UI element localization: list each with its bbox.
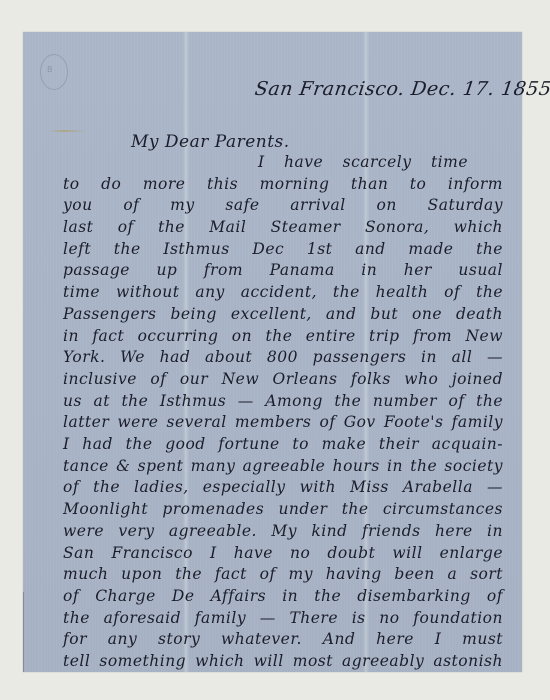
letter-line: much upon the fact of my having been a s…: [63, 565, 503, 583]
letter-line: time without any accident, the health of…: [63, 283, 503, 301]
ink-smudge: [48, 130, 88, 132]
letter-line: in fact occurring on the entire trip fro…: [63, 327, 503, 345]
letter-line: you of my safe arrival on Saturday: [63, 196, 503, 214]
letter-line: of Charge De Affairs in the disembarking…: [63, 587, 503, 605]
letter-page: B San Francisco. Dec. 17. 1855 My Dear P…: [23, 32, 522, 672]
letter-line: left the Isthmus Dec 1st and made the: [63, 240, 503, 258]
letter-line: Passengers being excellent, and but one …: [63, 305, 503, 323]
letter-line: tell something which will most agreeably…: [63, 652, 503, 670]
embossed-stamp: B: [40, 54, 68, 90]
salutation: My Dear Parents.: [131, 132, 290, 152]
stamp-mark: B: [47, 65, 53, 74]
letter-line: I have scarcely time: [258, 153, 468, 171]
letter-line: York. We had about 800 passengers in all…: [63, 348, 503, 366]
letter-line: San Francisco I have no doubt will enlar…: [63, 544, 503, 562]
dateline: San Francisco. Dec. 17. 1855: [253, 78, 550, 100]
letter-line: the aforesaid family — There is no found…: [63, 609, 503, 627]
letter-line: inclusive of our New Orleans folks who j…: [63, 370, 503, 388]
margin-mark: [23, 592, 24, 672]
letter-line: passage up from Panama in her usual: [63, 261, 503, 279]
letter-line: last of the Mail Steamer Sonora, which: [63, 218, 503, 236]
letter-line: of the ladies, especially with Miss Arab…: [63, 478, 503, 496]
letter-line: tance & spent many agreeable hours in th…: [63, 457, 503, 475]
letter-line: us at the Isthmus — Among the number of …: [63, 392, 503, 410]
letter-line: Moonlight promenades under the circumsta…: [63, 500, 503, 518]
letter-line: latter were several members of Gov Foote…: [63, 413, 503, 431]
letter-line: for any story whatever. And here I must: [63, 630, 503, 648]
letter-line: were very agreeable. My kind friends her…: [63, 522, 503, 540]
letter-line: I had the good fortune to make their acq…: [63, 435, 503, 453]
letter-line: to do more this morning than to inform: [63, 175, 503, 193]
